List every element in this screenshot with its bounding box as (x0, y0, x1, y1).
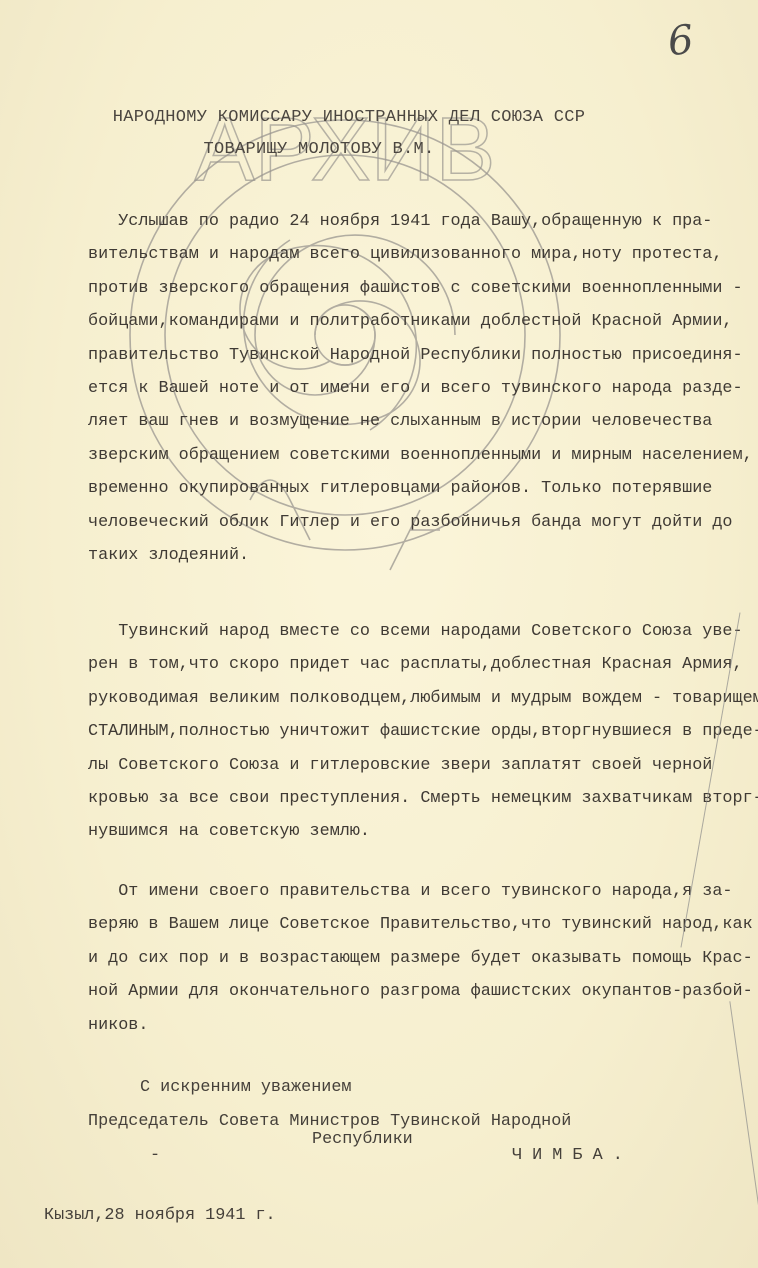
body-line: бойцами,командирами и политработниками д… (88, 312, 733, 331)
page-edge-line (729, 1001, 758, 1267)
body-line: зверским обращением советскими военнопле… (88, 446, 753, 465)
body-line: рен в том,что скоро придет час расплаты,… (88, 655, 743, 674)
body-line: лы Советского Союза и гитлеровские звери… (88, 756, 712, 775)
body-line: От имени своего правительства и всего ту… (88, 882, 733, 901)
body-line: ной Армии для окончательного разгрома фа… (88, 982, 753, 1001)
body-line: веряю в Вашем лице Советское Правительст… (88, 915, 753, 934)
body-line: и до сих пор и в возрастающем размере бу… (88, 949, 753, 968)
document-page: 6 АРХИВ НАРОДНОМУ КОМИССАРУ ИНОСТРАННЫХ … (0, 0, 758, 1268)
signatory-title-line-2: Республики (312, 1130, 413, 1149)
body-line: таких злодеяний. (88, 546, 249, 565)
body-line: ется к Вашей ноте и от имени его и всего… (88, 379, 743, 398)
signature-dash: - (150, 1146, 160, 1165)
place-date: Кызыл,28 ноября 1941 г. (44, 1206, 276, 1225)
body-line: Тувинский народ вместе со всеми народами… (88, 622, 743, 641)
heading-line-1: НАРОДНОМУ КОМИССАРУ ИНОСТРАННЫХ ДЕЛ СОЮЗ… (0, 108, 728, 127)
page-number: 6 (666, 17, 696, 65)
signature-name: Ч И М Б А . (512, 1146, 623, 1165)
body-line: СТАЛИНЫМ,полностью уничтожит фашистские … (88, 722, 758, 741)
heading-line-2: ТОВАРИЩУ МОЛОТОВУ В.М. (0, 140, 698, 159)
body-line: вительствам и народам всего цивилизованн… (88, 245, 722, 264)
body-line: ников. (88, 1016, 148, 1035)
salutation: С искренним уважением (140, 1078, 351, 1097)
body-line: ляет ваш гнев и возмущение не слыханным … (88, 412, 712, 431)
body-line: временно окупированных гитлеровцами райо… (88, 479, 712, 498)
body-line: кровью за все свои преступления. Смерть … (88, 789, 758, 808)
body-line: человеческий облик Гитлер и его разбойни… (88, 513, 733, 532)
body-line: руководимая великим полководцем,любимым … (88, 689, 758, 708)
body-line: правительство Тувинской Народной Республ… (88, 346, 743, 365)
signatory-title-line-1: Председатель Совета Министров Тувинской … (88, 1112, 571, 1131)
body-line: нувшимся на советскую землю. (88, 822, 370, 841)
body-line: против зверского обращения фашистов с со… (88, 279, 743, 298)
body-line: Услышав по радио 24 ноября 1941 года Ваш… (88, 212, 712, 231)
